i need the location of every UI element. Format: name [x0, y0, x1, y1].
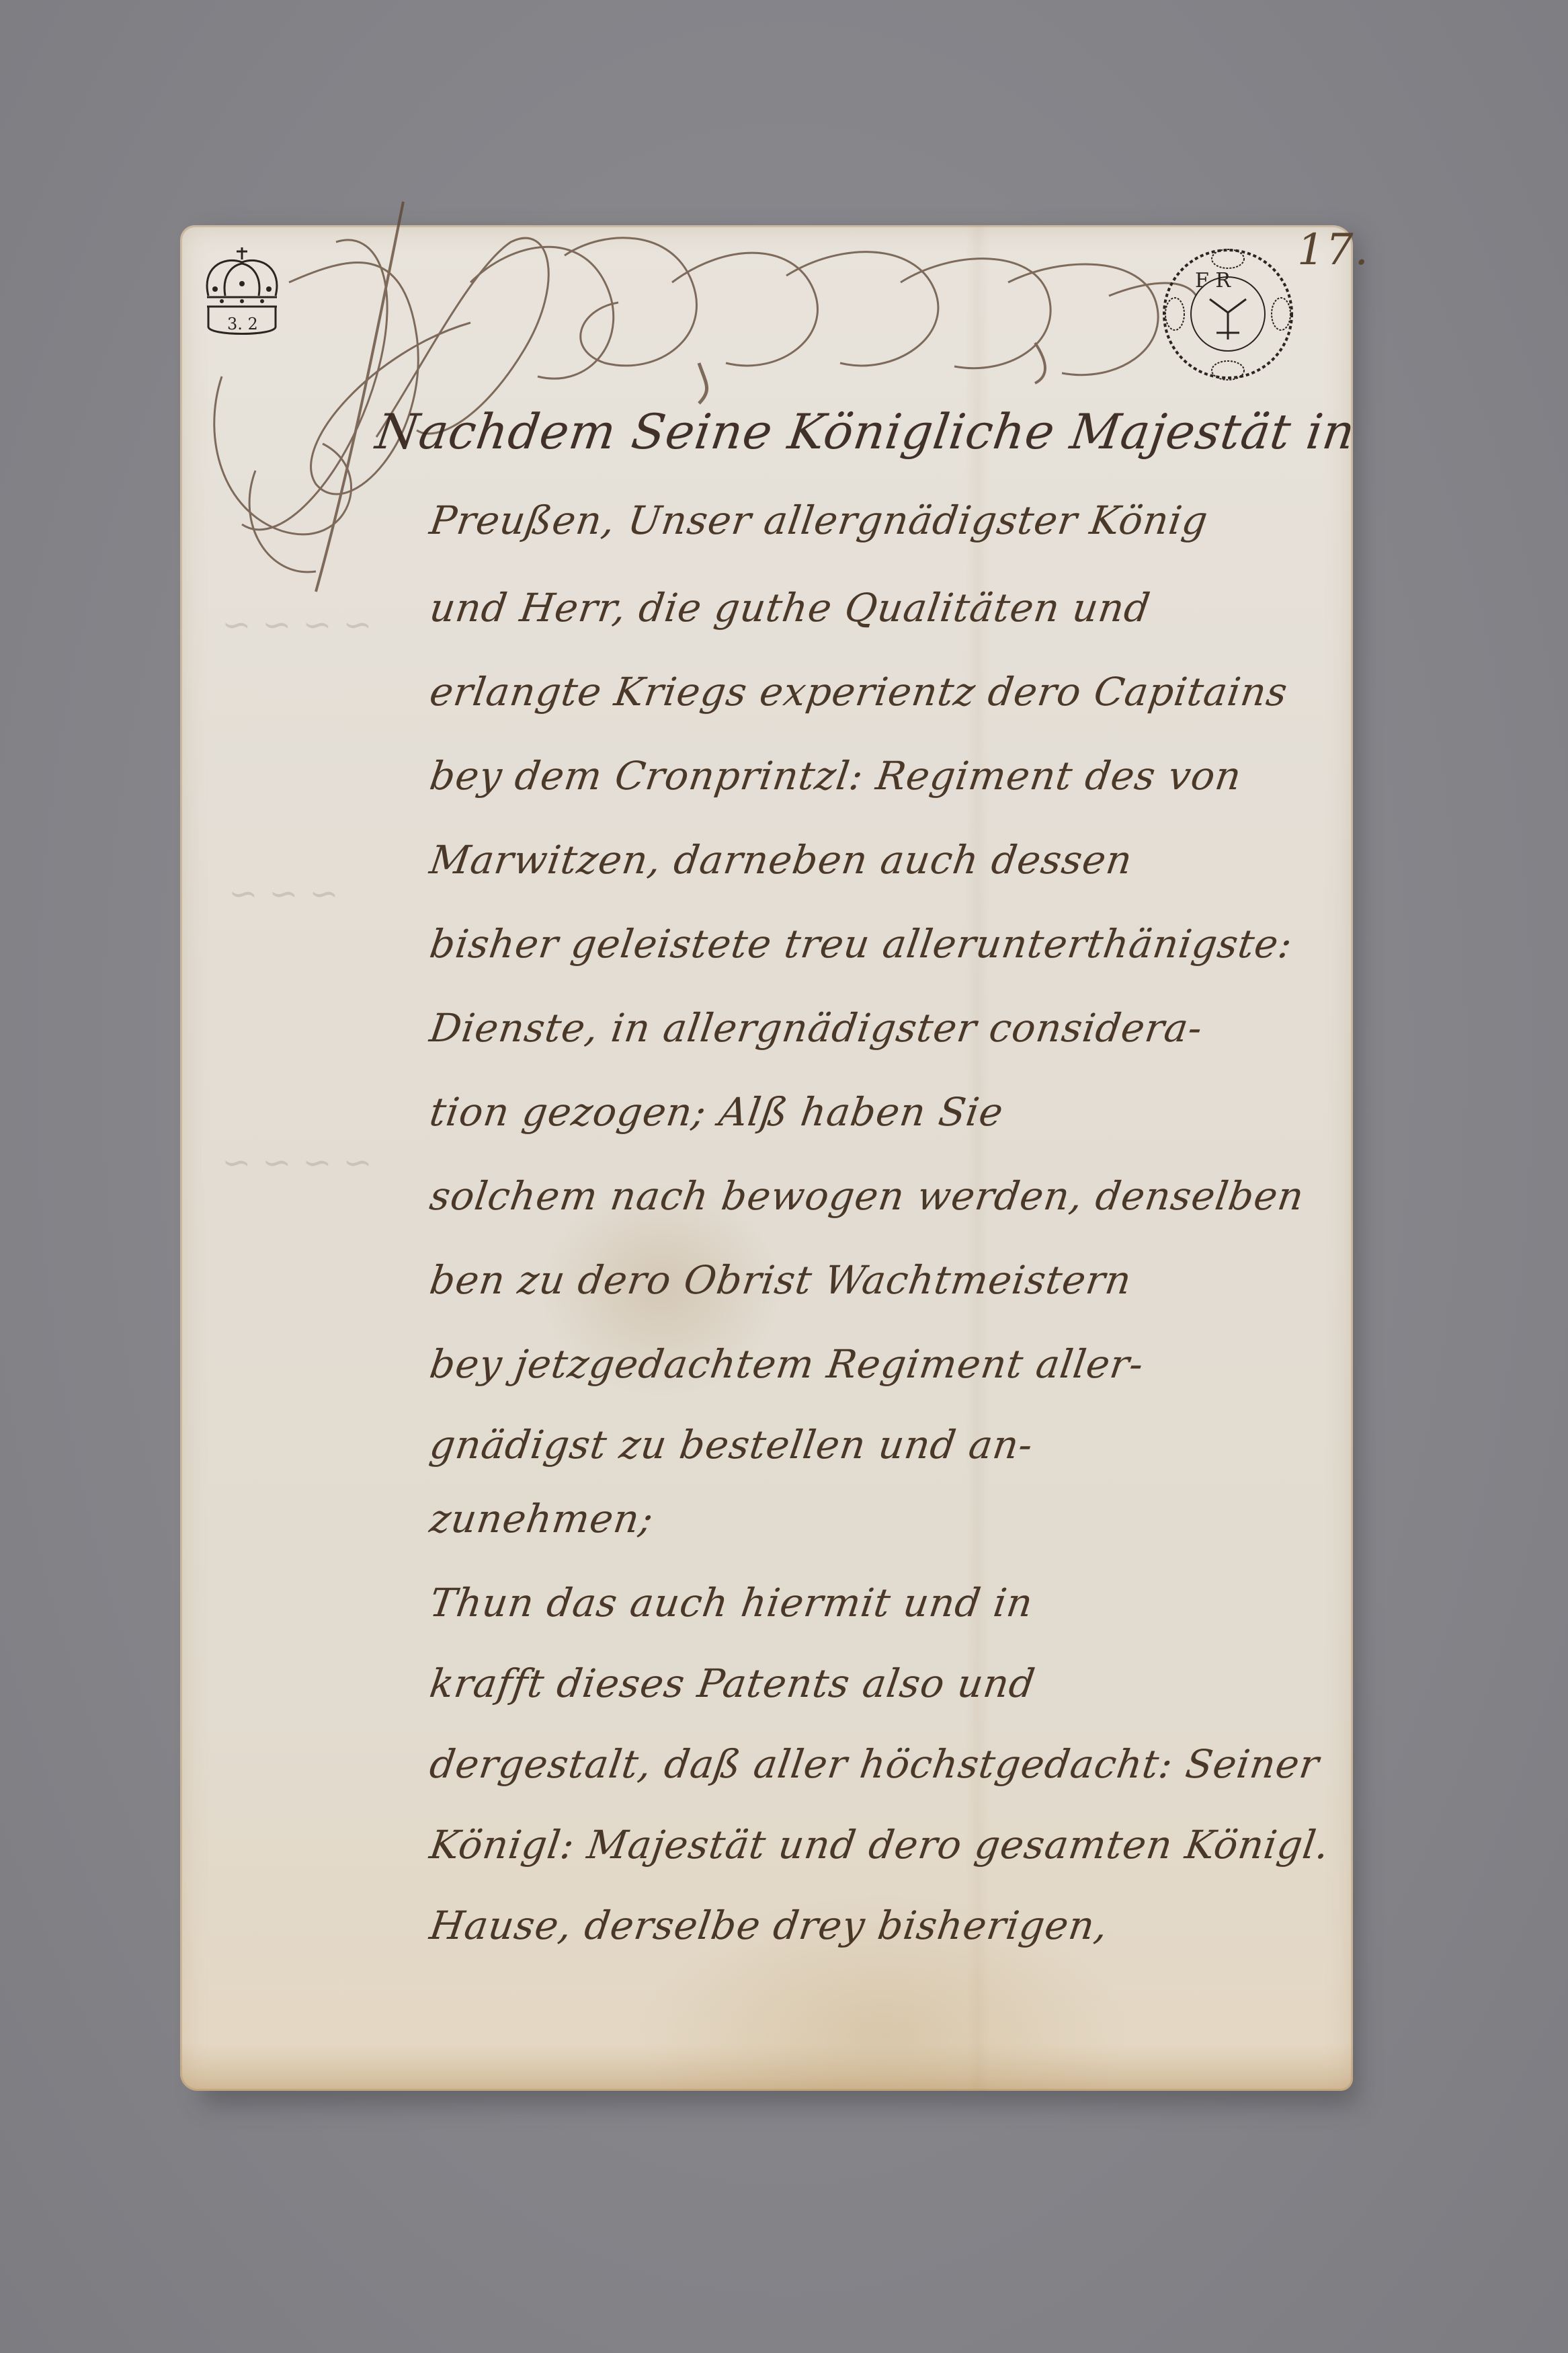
- text-line: Preußen, Unser allergnädigster König: [427, 497, 1307, 543]
- text-line: tion gezogen; Alß haben Sie: [427, 1089, 1307, 1135]
- text-line: bisher geleistete treu allerunterthänigs…: [427, 921, 1307, 967]
- bleed-through-text: ~ ~ ~ ~: [222, 1143, 372, 1183]
- heading-line: Nachdem Seine Königliche Majestät in: [372, 403, 1254, 460]
- text-line: krafft dieses Patents also und: [427, 1661, 1307, 1706]
- text-line: Marwitzen, darneben auch dessen: [427, 837, 1307, 883]
- crown-stamp-icon: 3. 2: [195, 242, 289, 343]
- text-line: gnädigst zu bestellen und an-: [427, 1422, 1307, 1468]
- text-line: Thun das auch hiermit und in: [427, 1580, 1307, 1626]
- text-line: bey jetzgedachtem Regiment aller-: [427, 1341, 1307, 1387]
- text-line: bey dem Cronprintzl: Regiment des von: [427, 753, 1307, 799]
- text-line: Dienste, in allergnädigster considera-: [427, 1005, 1307, 1051]
- text-line: Hause, derselbe drey bisherigen,: [427, 1903, 1307, 1948]
- svg-text:3. 2: 3. 2: [227, 315, 258, 333]
- text-line: zunehmen;: [427, 1496, 1307, 1542]
- text-line: dergestalt, daß aller höchstgedacht: Sei…: [427, 1741, 1307, 1787]
- bleed-through-text: ~ ~ ~: [229, 874, 339, 914]
- bleed-through-text: ~ ~ ~ ~: [222, 605, 372, 645]
- official-seal-stamp-icon: F R: [1156, 239, 1301, 390]
- text-line: und Herr, die guthe Qualitäten und: [427, 585, 1307, 631]
- text-line: erlangte Kriegs experientz dero Capitain…: [427, 669, 1307, 715]
- svg-text:F R: F R: [1195, 269, 1231, 292]
- text-line: solchem nach bewogen werden, denselben: [427, 1173, 1307, 1219]
- text-line: Königl: Majestät und dero gesamten König…: [427, 1822, 1307, 1868]
- text-line: ben zu dero Obrist Wachtmeistern: [427, 1257, 1307, 1303]
- folio-number: 17.: [1297, 225, 1370, 275]
